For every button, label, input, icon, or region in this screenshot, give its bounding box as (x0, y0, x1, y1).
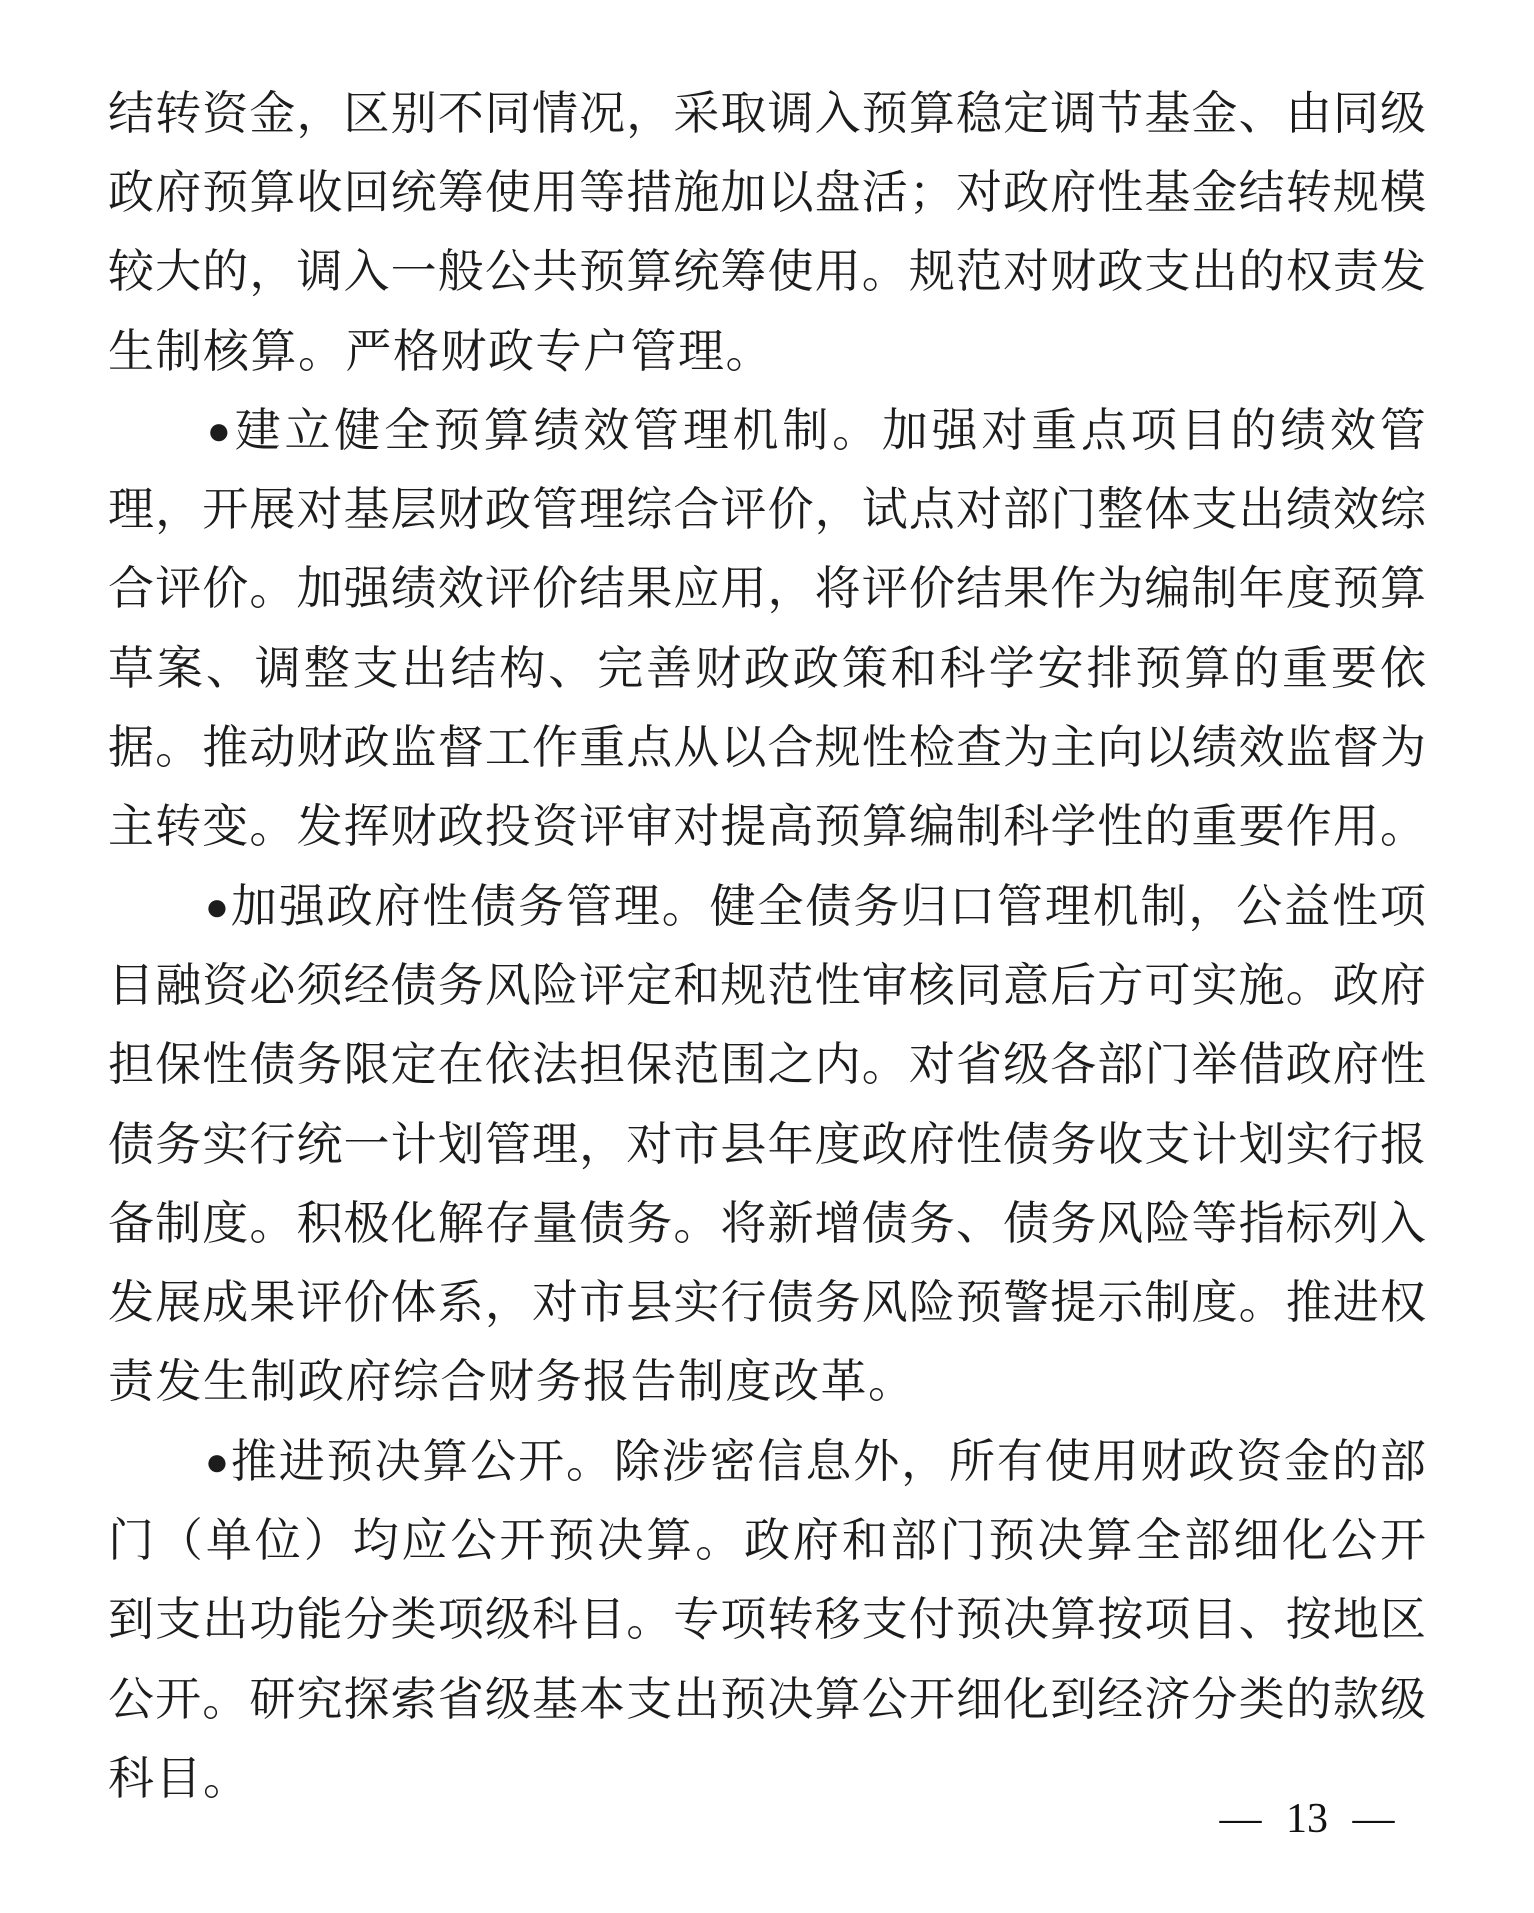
glyph: 。 (249, 804, 295, 850)
glyph: 之 (768, 1042, 814, 1088)
glyph: 。 (862, 249, 908, 295)
glyph: 入 (1380, 1201, 1426, 1247)
glyph: 使 (485, 170, 531, 216)
glyph: 制 (956, 804, 1002, 850)
glyph: 风 (862, 1280, 908, 1326)
glyph: 施 (1239, 963, 1285, 1009)
text-line: 公开。研究探索省级基本支出预决算公开细化到经济分类的款级 (108, 1660, 1426, 1739)
glyph: 措 (626, 170, 672, 216)
text-line: 目融资必须经债务风险评定和规范性审核同意后方可实施。政府 (108, 946, 1426, 1025)
glyph: 改 (773, 1359, 819, 1405)
glyph: 为 (1003, 725, 1049, 771)
glyph: 稳 (956, 91, 1002, 137)
glyph: 健 (710, 884, 756, 930)
glyph: 口 (949, 884, 995, 930)
glyph: 担 (579, 1042, 625, 1088)
glyph: 投 (485, 804, 531, 850)
glyph: 价 (344, 1280, 390, 1326)
glyph: 预 (579, 249, 625, 295)
glyph: 单 (206, 1518, 252, 1564)
glyph: 门 (108, 1518, 154, 1564)
glyph: 生 (203, 1359, 249, 1405)
glyph: 专 (536, 329, 582, 375)
glyph: 据 (108, 725, 154, 771)
glyph: 管 (532, 487, 578, 533)
glyph: 权 (1380, 1280, 1426, 1326)
glyph: 性 (1332, 884, 1378, 930)
glyph: 绩 (1280, 408, 1326, 454)
glyph: 推 (202, 725, 248, 771)
glyph: 支 (1192, 487, 1238, 533)
glyph: 县 (626, 1280, 672, 1326)
glyph: 对 (673, 804, 719, 850)
text-line: 主转变。发挥财政投资评审对提高预算编制科学性的重要作用。 (108, 788, 1426, 867)
glyph: 主 (108, 804, 154, 850)
glyph: 综 (393, 1359, 439, 1405)
glyph: 调 (296, 249, 342, 295)
glyph: 转 (1286, 170, 1332, 216)
glyph: 内 (815, 1042, 861, 1088)
glyph: 从 (673, 725, 719, 771)
glyph: 理 (614, 884, 660, 930)
glyph: 算 (815, 1677, 861, 1723)
glyph: 排 (1086, 646, 1132, 692)
document-body: 结转资金，区别不同情况，采取调入预算稳定调节基金、由同级政府预算收回统筹使用等措… (108, 74, 1426, 1819)
glyph: 报 (1380, 1122, 1426, 1168)
glyph: 预 (720, 1677, 766, 1723)
glyph: 制 (155, 1201, 201, 1247)
glyph: 所 (949, 1439, 995, 1485)
glyph: 财 (488, 1359, 534, 1405)
text-line: 责发生制政府综合财务报告制度改革。 (108, 1343, 1426, 1422)
glyph: 将 (815, 566, 861, 612)
glyph: 重 (1031, 408, 1077, 454)
glyph: ， (579, 1122, 625, 1168)
glyph: 务 (438, 963, 484, 1009)
glyph: 结 (450, 646, 496, 692)
glyph: 评 (296, 1280, 342, 1326)
glyph: 备 (108, 1201, 154, 1247)
glyph: 公 (108, 1677, 154, 1723)
glyph: 生 (108, 329, 154, 375)
text-line: 合评价。加强绩效评价结果应用，将评价结果作为编制年度预算 (108, 550, 1426, 629)
glyph: 用 (720, 566, 766, 612)
glyph: 政 (438, 804, 484, 850)
glyph: 化 (1003, 1677, 1049, 1723)
glyph: 增 (815, 1201, 861, 1247)
glyph: 开 (909, 1677, 955, 1723)
glyph: 实 (1192, 963, 1238, 1009)
glyph: 合 (673, 487, 719, 533)
glyph: 推 (231, 1439, 277, 1485)
glyph: 调 (768, 91, 814, 137)
glyph: 预 (202, 170, 248, 216)
glyph: 风 (485, 963, 531, 1009)
glyph: 息 (805, 1439, 851, 1485)
glyph: 转 (155, 804, 201, 850)
glyph: 结 (1239, 170, 1285, 216)
glyph: 政 (327, 884, 373, 930)
glyph: 共 (532, 249, 578, 295)
glyph: 入 (344, 249, 390, 295)
glyph: 目 (156, 1756, 202, 1802)
glyph: 出 (1239, 487, 1285, 533)
glyph: 完 (597, 646, 643, 692)
glyph: 果 (249, 1280, 295, 1326)
page-number: — 13 — (1220, 1796, 1395, 1842)
glyph: 府 (375, 884, 421, 930)
glyph: 均 (353, 1518, 399, 1564)
glyph: 大 (155, 249, 201, 295)
document-page: 结转资金，区别不同情况，采取调入预算稳定调节基金、由同级政府预算收回统筹使用等措… (0, 0, 1534, 1913)
glyph: 究 (296, 1677, 342, 1723)
glyph: 市 (673, 1122, 719, 1168)
text-line: 较大的，调入一般公共预算统筹使用。规范对财政支出的权责发 (108, 233, 1426, 312)
glyph: 。 (673, 1201, 719, 1247)
glyph: 收 (296, 170, 342, 216)
glyph: 法 (532, 1042, 578, 1088)
glyph: 济 (1144, 1677, 1190, 1723)
glyph: 评 (155, 566, 201, 612)
glyph: 规 (815, 725, 861, 771)
glyph: 到 (108, 1597, 154, 1643)
glyph: 展 (249, 487, 295, 533)
glyph: 算 (646, 1518, 692, 1564)
glyph: 开 (155, 1677, 201, 1723)
glyph: 财 (391, 804, 437, 850)
glyph: 责 (108, 1359, 154, 1405)
glyph: 筹 (438, 170, 484, 216)
glyph: 规 (1333, 170, 1379, 216)
glyph: 计 (1192, 1122, 1238, 1168)
glyph: 综 (1380, 487, 1426, 533)
glyph: 政 (488, 329, 534, 375)
glyph: 不 (438, 91, 484, 137)
paragraph-indent (108, 1461, 203, 1462)
text-line: ●推进预决算公开。除涉密信息外，所有使用财政资金的部 (108, 1422, 1426, 1501)
glyph: 基 (532, 1677, 578, 1723)
glyph: 险 (532, 963, 578, 1009)
glyph: 探 (344, 1677, 390, 1723)
glyph: 统 (296, 1122, 342, 1168)
glyph: 度 (202, 1201, 248, 1247)
glyph: 核 (909, 963, 955, 1009)
glyph: 合 (441, 1359, 487, 1405)
glyph: 管 (633, 408, 679, 454)
glyph: 检 (909, 725, 955, 771)
glyph: 。 (862, 1042, 908, 1088)
glyph: 行 (1333, 1122, 1379, 1168)
glyph: 制 (1192, 566, 1238, 612)
glyph: 由 (1286, 91, 1332, 137)
glyph: 支 (155, 1597, 201, 1643)
glyph: 债 (470, 884, 516, 930)
glyph: 预 (956, 1280, 1002, 1326)
glyph: 政 (1286, 1042, 1332, 1088)
glyph: 务 (536, 1359, 582, 1405)
paragraph-indent (108, 906, 203, 907)
glyph: 限 (344, 1042, 390, 1088)
glyph: 体 (1144, 487, 1190, 533)
glyph: 管 (485, 1122, 531, 1168)
glyph: 全 (1135, 1518, 1181, 1564)
glyph: 度 (726, 1359, 772, 1405)
glyph: 层 (391, 487, 437, 533)
glyph: 务 (296, 1042, 342, 1088)
glyph: 整 (1097, 487, 1143, 533)
glyph: 算 (422, 1439, 468, 1485)
glyph: 重 (579, 725, 625, 771)
glyph: 财 (1141, 1439, 1187, 1485)
glyph: 务 (853, 884, 899, 930)
glyph: 各 (1050, 1042, 1096, 1088)
glyph: 监 (391, 725, 437, 771)
glyph: 立 (285, 408, 331, 454)
glyph: 对 (909, 1042, 955, 1088)
glyph: 定 (626, 963, 672, 1009)
glyph: 强 (932, 408, 978, 454)
glyph: 部 (1184, 1518, 1230, 1564)
glyph: 新 (768, 1201, 814, 1247)
glyph: 格 (393, 329, 439, 375)
glyph: 结 (956, 566, 1002, 612)
glyph: 取 (720, 91, 766, 137)
glyph: 目 (108, 963, 154, 1009)
glyph: 支 (1144, 249, 1190, 295)
glyph: 性 (956, 1122, 1002, 1168)
glyph: 果 (1003, 566, 1049, 612)
glyph: 化 (391, 1201, 437, 1247)
glyph: ， (815, 487, 861, 533)
glyph: 对 (956, 487, 1002, 533)
glyph: 极 (344, 1201, 390, 1247)
glyph: 入 (815, 91, 861, 137)
glyph: 级 (1003, 1042, 1049, 1088)
glyph: 整 (304, 646, 350, 692)
glyph: 回 (344, 170, 390, 216)
glyph: 须 (296, 963, 342, 1009)
glyph: 。 (1239, 1280, 1285, 1326)
glyph: 理 (1045, 884, 1091, 930)
glyph: 理 (678, 329, 724, 375)
glyph: 对 (981, 408, 1027, 454)
glyph: 使 (1045, 1439, 1091, 1485)
glyph: 金 (1284, 1439, 1330, 1485)
glyph: 推 (1286, 1280, 1332, 1326)
glyph: 统 (391, 170, 437, 216)
glyph: 围 (720, 1042, 766, 1088)
glyph: 益 (1284, 884, 1330, 930)
glyph: 债 (805, 884, 851, 930)
glyph: 功 (249, 1597, 295, 1643)
glyph: 年 (768, 1122, 814, 1168)
glyph: 进 (1333, 1280, 1379, 1326)
glyph: 的 (1239, 249, 1285, 295)
glyph: 科 (1003, 804, 1049, 850)
glyph: 发 (108, 1280, 154, 1326)
glyph: 出 (1192, 249, 1238, 295)
glyph: 使 (768, 249, 814, 295)
glyph: 算 (1050, 1597, 1096, 1643)
glyph: 分 (1192, 1677, 1238, 1723)
glyph: 机 (1093, 884, 1139, 930)
glyph: 点 (626, 725, 672, 771)
glyph: 务 (909, 1201, 955, 1247)
glyph: 编 (1144, 566, 1190, 612)
glyph: 。 (832, 408, 878, 454)
glyph: 地 (1333, 1597, 1379, 1643)
glyph: 资 (202, 91, 248, 137)
glyph: 债 (862, 1201, 908, 1247)
glyph: 查 (956, 725, 1002, 771)
glyph: 。 (726, 329, 772, 375)
glyph: 管 (1380, 408, 1426, 454)
glyph: 制 (1141, 884, 1187, 930)
glyph: 保 (155, 1042, 201, 1088)
glyph: 效 (1333, 487, 1379, 533)
glyph: 债 (1003, 1201, 1049, 1247)
glyph: 目 (1192, 1597, 1238, 1643)
glyph: 评 (720, 487, 766, 533)
glyph: 。 (249, 1201, 295, 1247)
glyph: 部 (891, 1518, 937, 1564)
glyph: 债 (768, 1280, 814, 1326)
glyph: 、 (1239, 1597, 1285, 1643)
glyph: 政 (744, 1518, 790, 1564)
glyph: 务 (155, 1122, 201, 1168)
glyph: 基 (344, 487, 390, 533)
glyph: 决 (1003, 1597, 1049, 1643)
glyph: 以 (720, 725, 766, 771)
glyph: 险 (909, 1280, 955, 1326)
glyph: 采 (673, 91, 719, 137)
glyph: 意 (1003, 963, 1049, 1009)
glyph: 项 (438, 1597, 484, 1643)
glyph: 价 (909, 566, 955, 612)
glyph: 可 (1144, 963, 1190, 1009)
glyph: 价 (768, 487, 814, 533)
glyph: 将 (720, 1201, 766, 1247)
text-line: 担保性债务限定在依法担保范围之内。对省级各部门举借政府性 (108, 1026, 1426, 1105)
glyph: 行 (720, 1280, 766, 1326)
glyph: 后 (1050, 963, 1096, 1009)
glyph: 保 (626, 1042, 672, 1088)
glyph: 政 (1188, 1439, 1234, 1485)
glyph: 提 (1050, 1280, 1096, 1326)
glyph: 系 (438, 1280, 484, 1326)
glyph: 目 (579, 1597, 625, 1643)
glyph: 。 (298, 329, 344, 375)
glyph: 和 (891, 646, 937, 692)
glyph: 。 (662, 884, 708, 930)
glyph: 管 (631, 329, 677, 375)
glyph: 开 (1380, 1518, 1426, 1564)
glyph: 加 (231, 884, 277, 930)
glyph: 县 (720, 1122, 766, 1168)
glyph: 资 (202, 963, 248, 1009)
glyph: 实 (1286, 1122, 1332, 1168)
glyph: 加 (882, 408, 928, 454)
glyph: 成 (202, 1280, 248, 1326)
glyph: 挥 (344, 804, 390, 850)
glyph: 预 (956, 1597, 1002, 1643)
glyph: 性 (1097, 170, 1143, 216)
glyph: 高 (768, 804, 814, 850)
glyph: 性 (422, 884, 468, 930)
glyph: 和 (673, 963, 719, 1009)
glyph: 举 (1192, 1042, 1238, 1088)
glyph: 支 (1144, 1122, 1190, 1168)
glyph: 部 (1097, 1042, 1143, 1088)
glyph: 权 (1286, 249, 1332, 295)
glyph: 划 (438, 1122, 484, 1168)
glyph: 预 (989, 1518, 1035, 1564)
glyph: 金 (249, 91, 295, 137)
glyph: 案 (157, 646, 203, 692)
glyph: 管 (566, 884, 612, 930)
glyph: 。 (155, 725, 201, 771)
glyph: 性 (202, 1042, 248, 1088)
glyph: 策 (842, 646, 888, 692)
glyph: 政 (862, 1122, 908, 1168)
glyph: 效 (583, 408, 629, 454)
glyph: 索 (391, 1677, 437, 1723)
glyph: 出 (202, 1597, 248, 1643)
glyph: 规 (720, 963, 766, 1009)
glyph: 结 (579, 566, 625, 612)
glyph: 等 (1192, 1201, 1238, 1247)
glyph: 。 (1286, 963, 1332, 1009)
glyph: 支 (353, 646, 399, 692)
glyph: 实 (202, 1122, 248, 1168)
glyph: 府 (1380, 963, 1426, 1009)
glyph: 综 (626, 487, 672, 533)
glyph: 一 (391, 249, 437, 295)
glyph: 革 (821, 1359, 867, 1405)
glyph: 分 (344, 1597, 390, 1643)
glyph: 对 (296, 487, 342, 533)
glyph: 的 (1286, 1677, 1332, 1723)
text-line: 理，开展对基层财政管理综合评价，试点对部门整体支出绩效综 (108, 470, 1426, 549)
glyph: 部 (1380, 1439, 1426, 1485)
glyph: 同 (485, 91, 531, 137)
glyph: 列 (1333, 1201, 1379, 1247)
glyph: 试 (862, 487, 908, 533)
glyph: ， (768, 566, 814, 612)
glyph: 算 (909, 91, 955, 137)
glyph: 别 (391, 91, 437, 137)
glyph: 部 (1003, 487, 1049, 533)
glyph: 评 (862, 566, 908, 612)
glyph: 科 (532, 1597, 578, 1643)
glyph: 转 (768, 1597, 814, 1643)
glyph: 债 (1003, 1122, 1049, 1168)
glyph: 款 (1333, 1677, 1379, 1723)
glyph: 出 (673, 1677, 719, 1723)
glyph: 经 (344, 963, 390, 1009)
glyph: 债 (579, 1201, 625, 1247)
glyph: 算 (626, 249, 672, 295)
glyph: 细 (1233, 1518, 1279, 1564)
glyph: 性 (815, 963, 861, 1009)
glyph: 支 (626, 1677, 672, 1723)
glyph: 市 (579, 1280, 625, 1326)
glyph: ； (909, 170, 955, 216)
glyph: 同 (956, 963, 1002, 1009)
glyph: 级 (485, 1677, 531, 1723)
glyph: 范 (673, 1042, 719, 1088)
glyph: 应 (402, 1518, 448, 1564)
